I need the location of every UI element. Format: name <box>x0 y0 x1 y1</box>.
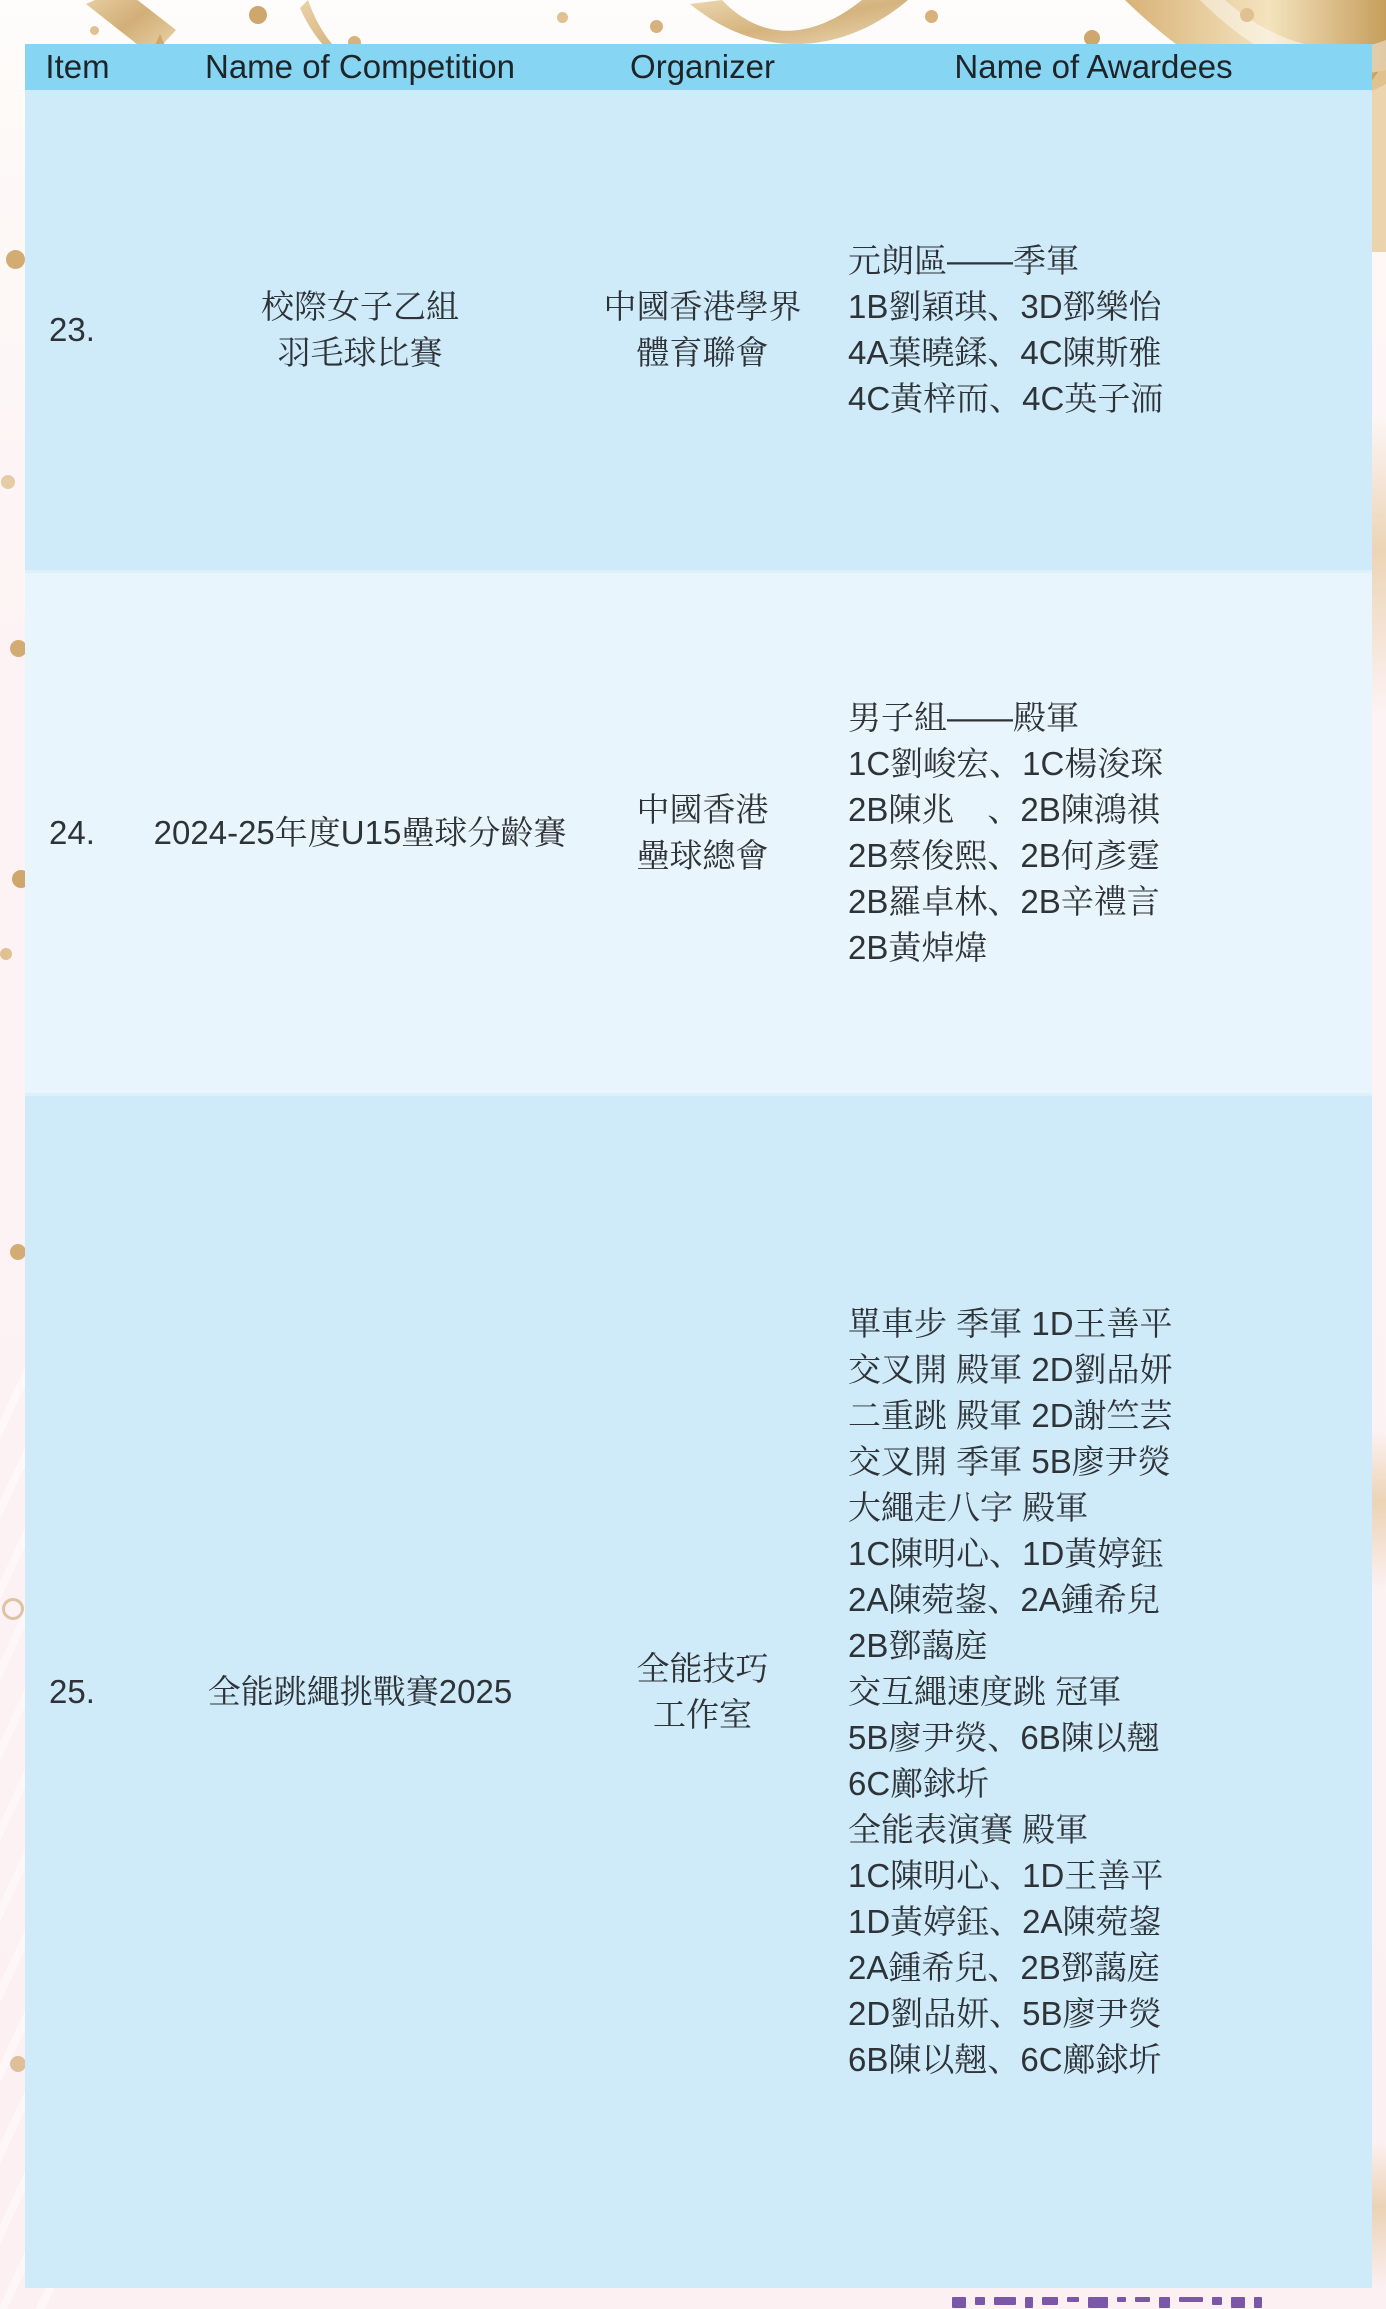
edge-streak <box>1372 2140 1386 2290</box>
awardees-list: 單車步 季軍 1D王善平交叉開 殿軍 2D劉品妍二重跳 殿軍 2D謝竺芸交叉開 … <box>815 1301 1372 2083</box>
text-line: 校際女子乙組 <box>130 284 590 330</box>
organizer-name: 中國香港學界體育聯會 <box>590 284 815 376</box>
header-awardees: Name of Awardees <box>815 48 1372 86</box>
awards-table: Item Name of Competition Organizer Name … <box>25 44 1372 2288</box>
page: Item Name of Competition Organizer Name … <box>0 0 1386 2309</box>
text-line: 4C黃梓而、4C英子洏 <box>848 376 1372 422</box>
edge-streak <box>1372 415 1386 715</box>
organizer-name: 全能技巧工作室 <box>590 1646 815 1738</box>
text-line: 中國香港學界 <box>590 284 815 330</box>
text-line: 1D黃婷鈺、2A陳菀鋆 <box>848 1899 1372 1945</box>
text-line: 羽毛球比賽 <box>130 330 590 376</box>
item-number: 24. <box>25 810 130 856</box>
confetti-dot <box>925 10 938 23</box>
text-line: 交叉開 季軍 5B廖尹熒 <box>848 1439 1372 1485</box>
competition-name: 校際女子乙組羽毛球比賽 <box>130 284 590 376</box>
text-line: 1C陳明心、1D王善平 <box>848 1853 1372 1899</box>
table-row: 23. 校際女子乙組羽毛球比賽 中國香港學界體育聯會 元朗區——季軍1B劉穎琪、… <box>25 90 1372 570</box>
text-line: 2024-25年度U15壘球分齡賽 <box>130 810 590 856</box>
header-item: Item <box>25 48 130 86</box>
text-line: 2B陳兆 、2B陳鴻祺 <box>848 787 1372 833</box>
text-line: 1B劉穎琪、3D鄧樂怡 <box>848 284 1372 330</box>
text-line: 2A陳菀鋆、2A鍾希兒 <box>848 1577 1372 1623</box>
confetti-dot <box>650 20 663 33</box>
text-line: 大繩走八字 殿軍 <box>848 1485 1372 1531</box>
competition-name: 全能跳繩挑戰賽2025 <box>130 1669 590 1715</box>
text-line: 壘球總會 <box>590 833 815 879</box>
confetti-dot <box>10 2056 26 2072</box>
text-line: 全能表演賽 殿軍 <box>848 1807 1372 1853</box>
text-line: 2B黃焯煒 <box>848 925 1372 971</box>
text-line: 1C劉峻宏、1C楊浚琛 <box>848 741 1372 787</box>
confetti-dot <box>1 475 15 489</box>
text-line: 單車步 季軍 1D王善平 <box>848 1301 1372 1347</box>
confetti-dot <box>1240 8 1254 22</box>
edge-streak <box>1372 1430 1386 1590</box>
confetti-dot <box>90 26 99 35</box>
organizer-name: 中國香港壘球總會 <box>590 787 815 879</box>
confetti-dot <box>249 6 267 24</box>
text-line: 全能技巧 <box>590 1646 815 1692</box>
confetti-ring-dot <box>2 1598 24 1620</box>
confetti-dot <box>6 250 25 269</box>
text-line: 6C鄺銶圻 <box>848 1761 1372 1807</box>
text-line: 2B羅卓林、2B辛禮言 <box>848 879 1372 925</box>
confetti-dot <box>557 12 568 23</box>
table-row: 24. 2024-25年度U15壘球分齡賽 中國香港壘球總會 男子組——殿軍1C… <box>25 570 1372 1093</box>
text-line: 體育聯會 <box>590 330 815 376</box>
table-header: Item Name of Competition Organizer Name … <box>25 44 1372 90</box>
text-line: 工作室 <box>590 1692 815 1738</box>
confetti-dot <box>10 1244 26 1260</box>
text-line: 4A葉曉鍒、4C陳斯雅 <box>848 330 1372 376</box>
text-line: 2D劉品妍、5B廖尹熒 <box>848 1991 1372 2037</box>
awardees-list: 男子組——殿軍1C劉峻宏、1C楊浚琛2B陳兆 、2B陳鴻祺2B蔡俊熙、2B何彥霆… <box>815 695 1372 971</box>
table-row: 25. 全能跳繩挑戰賽2025 全能技巧工作室 單車步 季軍 1D王善平交叉開 … <box>25 1093 1372 2288</box>
text-line: 男子組——殿軍 <box>848 695 1372 741</box>
text-line: 二重跳 殿軍 2D謝竺芸 <box>848 1393 1372 1439</box>
text-line: 全能跳繩挑戰賽2025 <box>130 1669 590 1715</box>
text-line: 交互繩速度跳 冠軍 <box>848 1669 1372 1715</box>
text-line: 5B廖尹熒、6B陳以翹 <box>848 1715 1372 1761</box>
header-organizer: Organizer <box>590 48 815 86</box>
text-line: 2B鄧藹庭 <box>848 1623 1372 1669</box>
item-number: 25. <box>25 1669 130 1715</box>
confetti-dot <box>0 948 12 960</box>
text-line: 元朗區——季軍 <box>848 238 1372 284</box>
text-line: 6B陳以翹、6C鄺銶圻 <box>848 2037 1372 2083</box>
item-number: 23. <box>25 307 130 353</box>
text-line: 2B蔡俊熙、2B何彥霆 <box>848 833 1372 879</box>
text-line: 交叉開 殿軍 2D劉品妍 <box>848 1347 1372 1393</box>
text-line: 2A鍾希兒、2B鄧藹庭 <box>848 1945 1372 1991</box>
text-line: 1C陳明心、1D黃婷鈺 <box>848 1531 1372 1577</box>
header-competition: Name of Competition <box>130 48 590 86</box>
competition-name: 2024-25年度U15壘球分齡賽 <box>130 810 590 856</box>
footer-clipped-text <box>952 2297 1332 2309</box>
awardees-list: 元朗區——季軍1B劉穎琪、3D鄧樂怡4A葉曉鍒、4C陳斯雅4C黃梓而、4C英子洏 <box>815 238 1372 422</box>
table-body: 23. 校際女子乙組羽毛球比賽 中國香港學界體育聯會 元朗區——季軍1B劉穎琪、… <box>25 90 1372 2288</box>
text-line: 中國香港 <box>590 787 815 833</box>
